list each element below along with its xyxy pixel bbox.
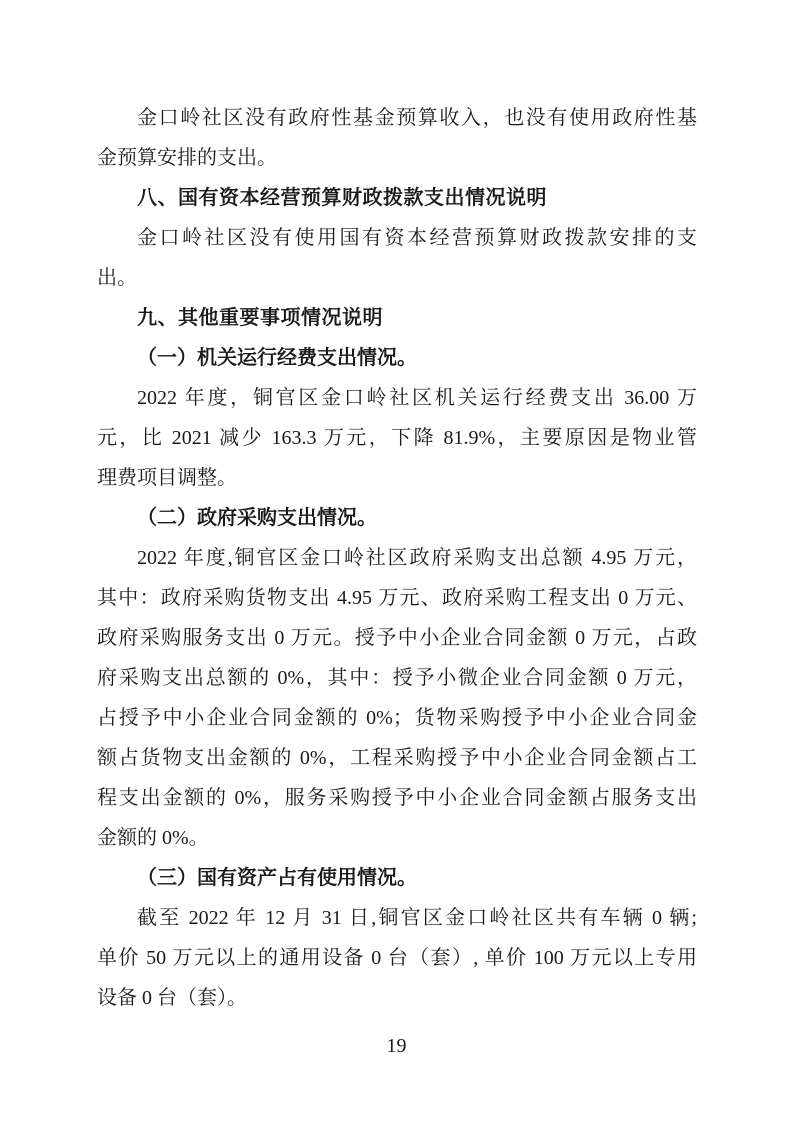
para-state-assets: 截至 2022 年 12 月 31 日,铜官区金口岭社区共有车辆 0 辆; 单价… bbox=[97, 898, 697, 1018]
text-line: 元，比 2021 减少 163.3 万元，下降 81.9%，主要原因是物业管 bbox=[97, 418, 697, 458]
text-line: 金额的 0%。 bbox=[97, 818, 697, 858]
page-number: 19 bbox=[0, 1031, 793, 1061]
text-line: 截至 2022 年 12 月 31 日,铜官区金口岭社区共有车辆 0 辆; bbox=[97, 898, 697, 938]
text-line: 理费项目调整。 bbox=[97, 458, 697, 498]
document-body: 金口岭社区没有政府性基金预算收入，也没有使用政府性基 金预算安排的支出。 八、国… bbox=[97, 98, 697, 1018]
document-page: 金口岭社区没有政府性基金预算收入，也没有使用政府性基 金预算安排的支出。 八、国… bbox=[0, 0, 793, 1122]
text-line: 程支出金额的 0%，服务采购授予中小企业合同金额占服务支出 bbox=[97, 778, 697, 818]
text-line: 额占货物支出金额的 0%，工程采购授予中小企业合同金额占工 bbox=[97, 738, 697, 778]
text-line: 设备 0 台（套）。 bbox=[97, 978, 697, 1018]
text-line: 金口岭社区没有政府性基金预算收入，也没有使用政府性基 bbox=[97, 98, 697, 138]
para-state-capital: 金口岭社区没有使用国有资本经营预算财政拨款安排的支 出。 bbox=[97, 218, 697, 298]
para-gov-fund: 金口岭社区没有政府性基金预算收入，也没有使用政府性基 金预算安排的支出。 bbox=[97, 98, 697, 178]
heading-sub-1-org-expense: （一）机关运行经费支出情况。 bbox=[97, 338, 697, 378]
text-line: 出。 bbox=[97, 258, 697, 298]
heading-sub-3-state-assets: （三）国有资产占有使用情况。 bbox=[97, 858, 697, 898]
para-procurement: 2022 年度,铜官区金口岭社区政府采购支出总额 4.95 万元， 其中：政府采… bbox=[97, 538, 697, 858]
para-org-expense: 2022 年度，铜官区金口岭社区机关运行经费支出 36.00 万 元，比 202… bbox=[97, 378, 697, 498]
text-line: 2022 年度,铜官区金口岭社区政府采购支出总额 4.95 万元， bbox=[97, 538, 697, 578]
text-line: 府采购支出总额的 0%，其中：授予小微企业合同金额 0 万元， bbox=[97, 658, 697, 698]
text-line: 占授予中小企业合同金额的 0%；货物采购授予中小企业合同金 bbox=[97, 698, 697, 738]
text-line: 其中：政府采购货物支出 4.95 万元、政府采购工程支出 0 万元、 bbox=[97, 578, 697, 618]
text-line: 单价 50 万元以上的通用设备 0 台（套）, 单价 100 万元以上专用 bbox=[97, 938, 697, 978]
text-line: 2022 年度，铜官区金口岭社区机关运行经费支出 36.00 万 bbox=[97, 378, 697, 418]
text-line: 金预算安排的支出。 bbox=[97, 138, 697, 178]
text-line: 政府采购服务支出 0 万元。授予中小企业合同金额 0 万元，占政 bbox=[97, 618, 697, 658]
heading-section-8: 八、国有资本经营预算财政拨款支出情况说明 bbox=[97, 178, 697, 218]
heading-section-9: 九、其他重要事项情况说明 bbox=[97, 298, 697, 338]
text-line: 金口岭社区没有使用国有资本经营预算财政拨款安排的支 bbox=[97, 218, 697, 258]
heading-sub-2-procurement: （二）政府采购支出情况。 bbox=[97, 498, 697, 538]
